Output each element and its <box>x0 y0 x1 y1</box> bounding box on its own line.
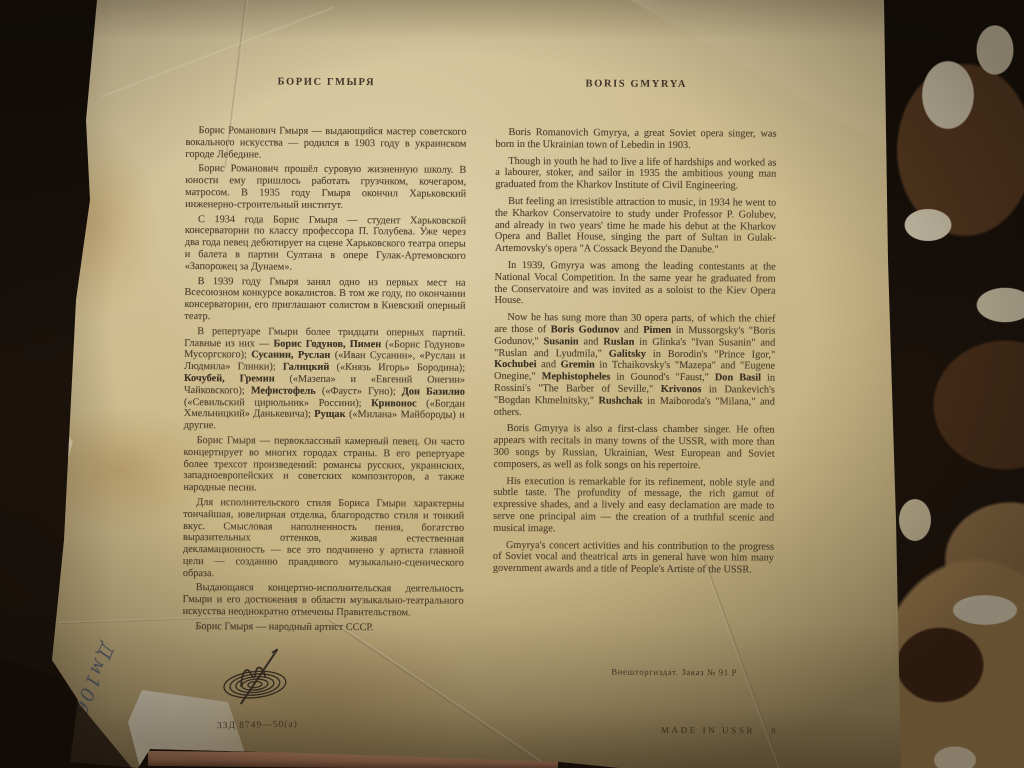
paragraph: С 1934 года Борис Гмыря — студент Харько… <box>185 214 466 275</box>
paragraph: Для исполнительского стиля Бориса Гмыри … <box>183 497 464 581</box>
record-plant-logo-icon <box>215 645 298 710</box>
english-text-column: Boris Romanovich Gmyrya, a great Soviet … <box>493 127 777 582</box>
paragraph: Борис Романович Гмыря — выдающийся масте… <box>185 125 466 162</box>
catalog-number: 33Д 8749—50(а) <box>217 720 298 732</box>
paragraph: In 1939, Gmyrya was among the leading co… <box>494 260 775 309</box>
liner-notes: БОРИС ГМЫРЯ BORIS GMYRYA Борис Романович… <box>0 0 1024 768</box>
russian-text-column: Борис Романович Гмыря — выдающийся масте… <box>182 125 466 637</box>
made-in-line: MADE IN USSR8 <box>661 725 776 736</box>
paragraph: Though in youth he had to live a life of… <box>495 155 776 192</box>
title-russian: БОРИС ГМЫРЯ <box>186 76 467 89</box>
paragraph: Борис Гмыря — первоклассный камерный пев… <box>183 435 464 496</box>
made-in-number: 8 <box>771 726 776 736</box>
photo-scene: БОРИС ГМЫРЯ BORIS GMYRYA Борис Романович… <box>0 0 1024 768</box>
paragraph: Boris Romanovich Gmyrya, a great Soviet … <box>495 127 776 152</box>
print-order-note: Внешторгиздат. Заказ № 91 Р <box>611 667 737 678</box>
paragraph: Boris Gmyrya is also a first-class chamb… <box>493 423 774 472</box>
paragraph: Борис Гмыря — народный артист СССР. <box>182 621 463 635</box>
paragraph: His execution is remarkable for its refi… <box>493 475 774 536</box>
paragraph: Выдающаяся концертно-исполнительская дея… <box>183 582 464 619</box>
paragraph: Now he has sung more than 30 opera parts… <box>494 312 776 420</box>
title-english: BORIS GMYRYA <box>496 78 777 91</box>
paragraph: В 1939 году Гмыря занял одно из первых м… <box>184 276 465 325</box>
paragraph: Борис Романович прошёл суровую жизненную… <box>185 163 466 212</box>
paragraph: В репертуаре Гмыри более тридцати оперны… <box>184 326 466 434</box>
paragraph: Gmyrya's concert activities and his cont… <box>493 539 774 576</box>
record-sleeve-back: БОРИС ГМЫРЯ BORIS GMYRYA Борис Романович… <box>0 0 1024 768</box>
made-in-label: MADE IN USSR <box>661 725 755 736</box>
paragraph: But feeling an irresistible attraction t… <box>495 196 776 257</box>
